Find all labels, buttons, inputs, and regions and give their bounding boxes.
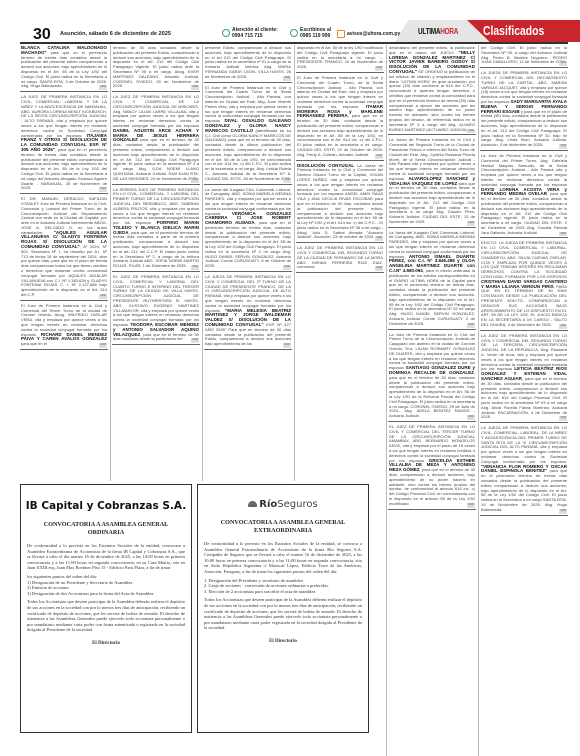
classified-ad: dispuesto en el Art. 55 de la ley 1/92 m… [296,45,384,73]
classified-ad: EDICTO: LA JUEZA DE PRIMERA INSTANCIA EN… [480,240,568,330]
classified-column: dispuesto en el Art. 55 de la ley 1/92 m… [296,45,384,481]
classified-ad: término de 30 días contados desde la pub… [112,45,200,92]
company-name: IB Capital y Cobranzas S.A. [21,500,191,512]
classified-ad: El Juez de Primera Instancia en lo Civil… [296,75,384,161]
classified-ad: El Juez de Primera Instancia en lo Civil… [204,85,292,185]
whatsapp-icon [290,29,298,37]
email-contact: avisos@uhora.com.py [337,30,400,38]
agenda-list: los siguientes puntos del orden del día:… [27,574,185,596]
classified-ad: La Juez de Primera Instancia en lo Civil… [480,153,568,239]
ad-code: 0000 [559,416,567,421]
classified-column: del Código Civil. El juicio radica en la… [480,45,568,756]
customer-service-contact: Atención al cliente:0994 715 715 [222,27,278,39]
ad-code: 0000 [99,294,107,299]
classified-ad: EL JUEZ DE PRIMERA INSTANCIA EN LO CIVIL… [388,424,476,510]
classified-ad: La Jueza del Juzgado Civil, Comercial, L… [388,230,476,330]
classified-ad: LA JUEZ DE PRIMERA INSTANCIA EN LO CIVIL… [20,94,108,194]
whatsapp-icon [222,29,230,37]
ad-code: 0000 [559,232,567,237]
classified-ad: LA JUEZ DE PRIMERA INSTANCIA EN LO CIVIL… [296,245,384,273]
section-title: Clasificados [483,23,544,38]
column-divider [386,45,387,756]
notice-title: CONVOCATORIA A ASAMBLEA GENERAL ORDINARI… [27,521,185,537]
notice-intro: De conformidad a lo previsto en los Esta… [27,543,185,571]
ad-code: 0000 [467,221,475,226]
ad-code: 0000 [375,266,383,271]
agenda-list: 1. Designación del Presidente y secretar… [204,578,362,595]
column-divider [294,45,295,481]
classified-ad: BLANCA CATALINA MALDONADO MACHADO" para … [20,45,108,92]
ad-code: 0000 [283,178,291,183]
rio-seguros-logo: RíoSeguros [198,499,368,510]
ad-code: 0000 [375,154,383,159]
classified-ad: del Código Civil. El juicio radica en la… [480,45,568,68]
ad-code: 0000 [283,265,291,270]
classified-ad: El DR. MANUEL GERALDO SAFILDIN STANLEY J… [20,196,108,301]
contact-email: avisos@uhora.com.py [347,31,400,37]
classified-column: BLANCA CATALINA MALDONADO MACHADO" para … [20,45,108,481]
classified-ad: El Juez de Primera Instancia en lo Civil… [20,303,108,350]
contact-phone: 0985 119 999 [300,33,330,39]
ad-code: 0000 [559,509,567,514]
write-us-contact: Escribinos al0985 119 999 [290,27,331,39]
page-header: 30 Asunción, sábado 6 de diciembre de 20… [0,0,580,40]
classified-ad: DISOLUCIÓN CONYUGAL La Jueza de Primera … [296,163,384,244]
signature: El Directorio [21,641,191,646]
notice-rio-seguros: RíoSeguros CONVOCATORIA A ASAMBLEA GENER… [197,484,369,733]
ad-code: 0000 [559,324,567,329]
classified-ad: destinatario del presente edicto, la pub… [388,45,476,135]
classified-ad: presente Edicto, comparezcan a deducir s… [204,45,292,83]
classified-column: término de 30 días contados desde la pub… [112,45,200,481]
ad-code: 0000 [467,129,475,134]
brand-logo: ULTIMAHORA [418,27,458,36]
notice-body: Todos los Accionistas que deseen partici… [27,599,185,633]
dateline: Asunción, sábado 6 de diciembre de 2025 [60,31,171,37]
ad-code: 0000 [99,187,107,192]
ad-code: 0000 [467,323,475,328]
ad-code: 0000 [375,66,383,71]
classified-ad: LA JUEZA DE PRIMERA INSTANCIA EN LO CIVI… [480,425,568,515]
ad-code: 0000 [191,178,199,183]
classified-ad: LA JUEZA DE PRIMERA INSTANCIA EN LO CIVI… [204,274,292,350]
notice-title: CONVOCATORIA A ASAMBLEA GENERAL EXTRAORD… [204,519,362,535]
ad-code: 0000 [191,338,199,343]
notice-intro: De conformidad a lo previsto en los Esta… [204,541,362,575]
column-divider [202,45,203,481]
classified-ad: La Juez de Primera Instancia en lo Civil… [388,332,476,422]
email-icon [337,30,345,38]
column-divider [110,45,111,481]
classified-ad: La Jueza de Primera Instancia en lo Civi… [388,137,476,227]
ad-code: 0000 [283,76,291,81]
classified-ad: LA SEÑORA JUEZ DE PRIMERA INSTANCIA EN L… [112,187,200,273]
ad-code: 0000 [375,236,383,241]
logo-icon [248,501,257,507]
agenda-item: 3) Designación de dos Accionistas para l… [27,591,185,597]
ad-code: 0000 [467,415,475,420]
agenda-item: 3. Elección de 2 accionistas para suscri… [204,589,362,595]
ad-code: 0000 [99,85,107,90]
classified-ad: La Jueza del Juzgado Civil, Comercial, L… [204,187,292,273]
signature: El Directorio [198,639,368,644]
ad-code: 0000 [283,343,291,348]
classified-ad: LA JUEZA DE PRIMERA INSTANCIA EN LO CIVI… [480,70,568,151]
classified-column: presente Edicto, comparezcan a deducir s… [204,45,292,481]
ad-code: 0000 [191,265,199,270]
classified-ad: EL JUEZ DE PRIMERA INSTANCIA EN LO CIVIL… [112,274,200,345]
ad-code: 0000 [559,144,567,149]
classified-ad: LA JUEZ DE PRIMERA INSTANCIA EN LO CIVIL… [480,333,568,423]
ad-code: 0000 [467,503,475,508]
ad-code: 0000 [191,85,199,90]
top-rule [20,42,568,44]
classified-column: destinatario del presente edicto, la pub… [388,45,476,756]
ad-code: 0000 [559,61,567,66]
notice-ib-capital: IB Capital y Cobranzas S.A. CONVOCATORIA… [20,484,192,733]
column-divider [478,45,479,756]
ad-code: 0000 [99,343,107,348]
contact-phone: 0994 715 715 [232,33,263,39]
classified-ad: LA JUEZ DE PRIMERA INSTANCIA EN LO CIVIL… [112,94,200,184]
notice-body: Todos los Accionistas que deseen partici… [204,597,362,631]
